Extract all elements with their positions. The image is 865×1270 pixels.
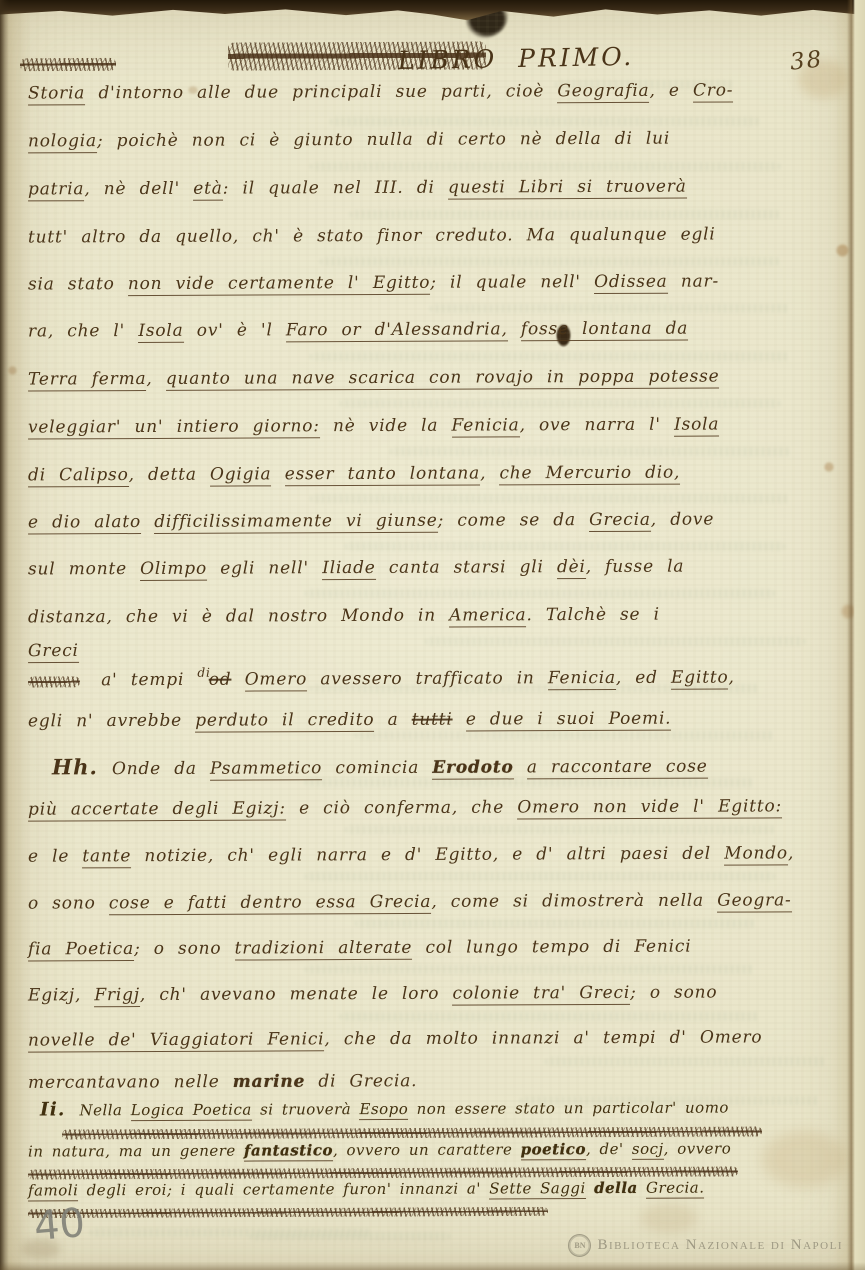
text-segment: ov' è 'l (184, 320, 286, 340)
text-segment: nar- (668, 271, 719, 291)
text-segment (453, 709, 466, 729)
manuscript-line-10: veleggiar' un' intiero giorno: nè vide l… (28, 414, 719, 437)
manuscript-line-13: sul monte Olimpo egli nell' Iliade canta… (28, 557, 684, 580)
text-segment: degli eroi; i quali certamente furon' in… (78, 1179, 489, 1199)
manuscript-line-24: novelle de' Viaggiatori Fenici, che da m… (28, 1027, 763, 1050)
manuscript-line-23: Egizj, Frigj, ch' avevano menate le loro… (28, 982, 717, 1005)
text-segment: Sette Saggi (489, 1179, 586, 1199)
text-segment: , che da molto innanzi a' tempi d' Omero (324, 1027, 762, 1049)
text-segment: tradizioni alterate (235, 938, 413, 961)
text-segment: e due i suoi Poemi. (466, 709, 672, 732)
text-segment: notizie, ch' egli narra e d' Egitto, e d… (131, 844, 724, 867)
manuscript-line-19: più accertate degli Egizj: e ciò conferm… (28, 796, 782, 819)
text-segment: egli nell' (207, 558, 322, 579)
text-segment: Cro- (693, 80, 733, 102)
text-segment: ; come se da (438, 510, 590, 531)
text-segment (508, 319, 521, 339)
text-segment: , (480, 463, 500, 483)
text-segment: , de' (586, 1140, 632, 1158)
manuscript-line-21: o sono cose e fatti dentro essa Grecia, … (28, 890, 792, 913)
text-segment: Grecia. (646, 1179, 705, 1199)
text-segment: a raccontare cose (527, 757, 708, 780)
text-segment: avessero trafficato in (307, 668, 548, 689)
text-segment: della (594, 1179, 638, 1197)
text-segment: esser tanto lontana (285, 463, 480, 486)
text-segment: veleggiar' un' intiero giorno: (28, 416, 320, 439)
text-segment: patria (28, 179, 84, 201)
folio-number: 38 (789, 46, 825, 75)
text-segment: età (193, 179, 223, 201)
text-segment: e dio alato (28, 512, 141, 534)
text-segment: non vide certamente l' Egitto (128, 273, 430, 296)
manuscript-line-14: distanza, che vi è dal nostro Mondo in A… (28, 605, 660, 628)
cancelled-scribble (28, 676, 80, 687)
text-segment: distanza, che vi è dal nostro Mondo in (28, 606, 449, 628)
text-segment: colonie tra' Greci (452, 983, 630, 1006)
text-segment: Omero non vide l' Egitto: (517, 796, 782, 819)
text-segment: famoli (28, 1181, 78, 1201)
text-segment (586, 1179, 594, 1197)
text-segment: di Grecia. (305, 1071, 417, 1091)
text-segment: Storia (28, 83, 85, 105)
text-segment (514, 757, 527, 777)
text-segment: di Calipso (28, 465, 129, 487)
text-segment: . Talchè se i (526, 605, 659, 626)
library-logo-icon: BN (568, 1234, 591, 1257)
text-segment: Isola (674, 414, 719, 436)
text-segment (231, 670, 244, 690)
manuscript-line-6: tutt' altro da quello, ch' è stato finor… (28, 224, 716, 247)
text-segment: ra, che l' (28, 321, 138, 341)
library-watermark: BN Biblioteca Nazionale di Napoli (568, 1234, 843, 1257)
manuscript-line-7: sia stato non vide certamente l' Egitto;… (28, 271, 719, 294)
library-name: Biblioteca Nazionale di Napoli (597, 1237, 843, 1254)
text-segment: a (374, 710, 411, 730)
text-segment: egli n' avrebbe (28, 711, 195, 732)
text-segment: e le (28, 846, 82, 866)
text-segment: ; o sono (630, 982, 717, 1002)
text-segment: marine (233, 1072, 305, 1092)
text-segment: Erodoto (432, 757, 513, 779)
text-segment: Fenicia (548, 668, 616, 690)
text-segment: quanto una nave scarica con rovajo in po… (166, 366, 720, 390)
text-segment: , (146, 369, 166, 389)
text-segment: , (788, 843, 794, 863)
text-segment: Faro or d'Alessandria, (286, 319, 508, 342)
text-segment: Nella (79, 1101, 130, 1119)
text-segment: Egitto (671, 667, 729, 689)
text-segment: novelle de' Viaggiatori Fenici (28, 1029, 324, 1052)
library-monogram: BN (574, 1241, 585, 1250)
text-segment: , ch' avevano menate le loro (140, 984, 453, 1005)
text-segment: mercantavano nelle (28, 1072, 233, 1093)
manuscript-line-22: fia Poetica; o sono tradizioni alterate … (28, 937, 692, 960)
manuscript-line-30: famoli degli eroi; i quali certamente fu… (28, 1179, 705, 1200)
text-segment: od (209, 670, 232, 690)
text-segment: e ciò conferma, che (286, 798, 518, 819)
text-segment: , come si dimostrerà nella (431, 891, 717, 912)
paragraph-marker: Hh. (52, 755, 98, 780)
chapter-title: LIBRO PRIMO. (398, 42, 635, 75)
text-segment: Esopo (359, 1100, 408, 1120)
manuscript-page: LIBRO PRIMO. 38 Storia d'intorno alle du… (0, 0, 865, 1270)
text-segment: perduto il credito (195, 710, 374, 733)
text-segment: Mondo (724, 843, 788, 865)
text-segment: Grecia (589, 510, 651, 532)
text-segment: Egizj, (28, 985, 94, 1005)
manuscript-line-26: Ii.Nella Logica Poetica si truoverà Esop… (40, 1095, 729, 1120)
text-segment: Frigj (94, 985, 140, 1007)
text-segment: Odissea (594, 272, 668, 294)
manuscript-line-8: ra, che l' Isola ov' è 'l Faro or d'Ales… (28, 319, 688, 342)
text-segment: Ogigia (210, 464, 272, 486)
text-segment: , ed (616, 668, 671, 688)
text-segment: Onde da (112, 759, 210, 779)
text-segment: difficilissimamente vi giunse (154, 511, 437, 534)
text-segment: più accertate degli Egizj: (28, 799, 286, 822)
text-segment: ; il quale nell' (430, 272, 594, 293)
text-segment: Greci (28, 641, 79, 663)
text-segment: sul monte (28, 559, 140, 579)
text-segment: fosse lontana da (521, 319, 688, 342)
manuscript-line-11: di Calipso, detta Ogigia esser tanto lon… (28, 463, 680, 486)
text-segment: Terra ferma (28, 369, 147, 392)
text-segment: nè vide la (320, 416, 452, 437)
text-segment: che Mercurio dio, (499, 463, 680, 486)
text-segment: fia Poetica (28, 939, 134, 961)
text-segment: , ove narra l' (520, 415, 675, 436)
text-segment: socj (632, 1140, 664, 1160)
text-segment: si truoverà (252, 1100, 360, 1118)
text-segment: Iliade (322, 558, 376, 580)
text-segment: , fusse la (586, 557, 685, 577)
text-segment (638, 1179, 646, 1197)
text-segment: , dove (651, 510, 714, 530)
text-segment: poetico (521, 1140, 586, 1160)
text-segment: America (449, 605, 526, 627)
text-segment: canta starsi gli (376, 557, 557, 578)
text-segment: , detta (129, 465, 210, 485)
text-segment: comincia (322, 758, 432, 778)
manuscript-line-9: Terra ferma, quanto una nave scarica con… (28, 366, 720, 389)
text-segment: , ovvero (664, 1139, 732, 1157)
cancelled-scribble (20, 58, 116, 71)
text-segment: Olimpo (140, 559, 207, 581)
manuscript-line-18: Hh.Onde da Psammetico comincia Erodoto a… (52, 753, 708, 781)
text-segment: , ovvero un carattere (333, 1140, 521, 1159)
manuscript-line-28: in natura, ma un genere fantastico, ovve… (28, 1139, 731, 1160)
text-segment: in natura, ma un genere (28, 1142, 244, 1161)
manuscript-line-1 (20, 54, 124, 74)
cancelled-scribble (62, 1126, 762, 1139)
text-segment: Psammetico (210, 758, 322, 780)
manuscript-line-15: Greci (28, 641, 79, 661)
text-segment: tutti (412, 710, 453, 730)
text-segment: nologia (28, 131, 97, 153)
text-segment: dèi (557, 557, 586, 579)
text-segment: Fenicia (451, 415, 519, 437)
manuscript-line-20: e le tante notizie, ch' egli narra e d' … (28, 843, 794, 866)
text-segment: d'intorno alle due principali sue parti,… (85, 81, 557, 103)
text-segment: Isola (138, 321, 183, 343)
text-segment: , (728, 667, 734, 687)
text-segment (271, 464, 284, 484)
manuscript-line-17: egli n' avrebbe perduto il credito a tut… (28, 709, 671, 732)
text-segment: : il quale nel III. di (223, 178, 448, 199)
manuscript-line-31 (28, 1200, 556, 1220)
manuscript-line-16: a' tempi diod Omero avessero trafficato … (28, 663, 735, 690)
text-segment: a' tempi (88, 670, 197, 690)
manuscript-line-27 (62, 1120, 770, 1141)
manuscript-line-25: mercantavano nelle marine di Grecia. (28, 1071, 417, 1093)
manuscript-text: Storia d'intorno alle due principali sue… (0, 0, 865, 1270)
text-segment: ; poichè non ci è giunto nulla di certo … (97, 129, 670, 152)
text-segment: o sono (28, 893, 109, 913)
text-segment: non essere stato un particolar' uomo (408, 1098, 729, 1117)
text-segment: Geografia (557, 81, 649, 103)
text-segment: tante (82, 846, 131, 868)
text-segment: ; o sono (134, 939, 235, 959)
text-segment: Geogra- (717, 890, 791, 912)
manuscript-line-12: e dio alato difficilissimamente vi giuns… (28, 510, 714, 533)
text-segment: fantastico (244, 1141, 333, 1161)
paragraph-marker: Ii. (40, 1098, 66, 1120)
text-segment: , e (649, 81, 693, 101)
cancelled-scribble (28, 1207, 548, 1218)
text-segment: Logica Poetica (131, 1101, 252, 1122)
text-segment: Omero (245, 669, 308, 691)
text-segment (141, 512, 154, 532)
text-segment: col lungo tempo di Fenici (412, 937, 691, 958)
text-segment: tutt' altro da quello, ch' è stato finor… (28, 224, 716, 247)
pencil-folio-number: 40 (32, 1200, 87, 1250)
manuscript-line-3: Storia d'intorno alle due principali sue… (28, 80, 733, 103)
manuscript-line-5: patria, nè dell' età: il quale nel III. … (28, 177, 687, 200)
text-segment: , nè dell' (84, 179, 193, 199)
cancelled-scribble (28, 1166, 738, 1179)
manuscript-line-4: nologia; poichè non ci è giunto nulla di… (28, 129, 670, 152)
text-segment: cose e fatti dentro essa Grecia (109, 892, 432, 915)
text-segment: questi Libri si truoverà (448, 177, 687, 200)
text-segment: sia stato (28, 274, 128, 294)
